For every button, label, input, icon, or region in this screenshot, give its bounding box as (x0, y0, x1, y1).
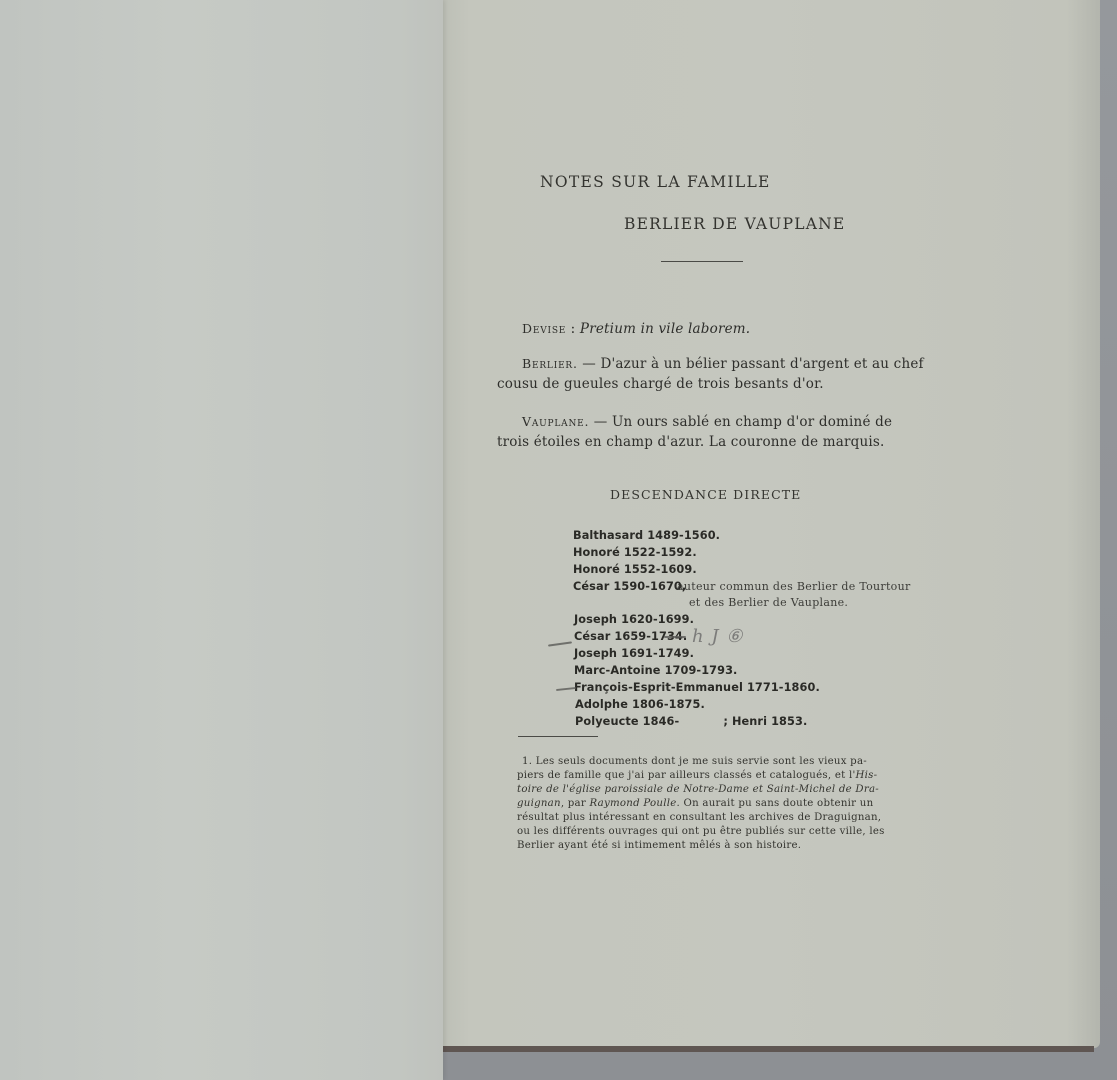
title-line-2: BERLIER DE VAUPLANE (624, 215, 845, 233)
footnote-divider (518, 736, 598, 737)
lineage-item: César 1590-1670, (573, 580, 686, 593)
footnote-text: . On aurait pu sans doute obtenir un (677, 798, 874, 809)
lineage-note-2: et des Berlier de Vauplane. (689, 596, 848, 609)
berlier-text-1: — D'azur à un bélier passant d'argent et… (578, 356, 924, 372)
footnote-text: , par (561, 798, 590, 809)
footnote-line: piers de famille que j'ai par ailleurs c… (517, 770, 877, 781)
lineage-extra: ; Henri 1853. (723, 715, 807, 728)
footnote-line: ou les différents ouvrages qui ont pu êt… (517, 826, 885, 837)
pencil-mark (664, 636, 686, 638)
lineage-name: Polyeucte 1846- (575, 715, 679, 728)
handwritten-annotation: h J ⑥ (692, 626, 743, 647)
lineage-item: Joseph 1620-1699. (574, 613, 694, 626)
footnote-text: piers de famille que j'ai par ailleurs c… (517, 770, 856, 781)
footnote-marker: 1. (522, 756, 532, 767)
page-edge-shadow (430, 1046, 1094, 1052)
vauplane-text-1: — Un ours sablé en champ d'or dominé de (589, 414, 892, 430)
footnote-line: guignan, par Raymond Poulle. On aurait p… (517, 798, 873, 809)
devise-line: Devise : Pretium in vile laborem. (522, 321, 750, 337)
footnote-italic: guignan (517, 798, 561, 809)
lineage-item: François-Esprit-Emmanuel 1771-1860. (574, 681, 820, 694)
devise-label: Devise (522, 321, 566, 336)
lineage-note-1: auteur commun des Berlier de Tourtour (677, 580, 911, 593)
vauplane-label: Vauplane. (522, 414, 589, 429)
right-page (430, 0, 1100, 1048)
devise-motto: Pretium in vile laborem. (580, 321, 750, 337)
lineage-item: Balthasard 1489-1560. (573, 529, 720, 542)
title-line-1: NOTES SUR LA FAMILLE (540, 173, 771, 191)
berlier-line-2: cousu de gueules chargé de trois besants… (497, 376, 824, 392)
lineage-item: Joseph 1691-1749. (574, 647, 694, 660)
vauplane-line-2: trois étoiles en champ d'azur. La couron… (497, 434, 885, 450)
devise-separator: : (566, 321, 580, 337)
left-page-blank (0, 0, 443, 1080)
footnote-italic: His- (856, 770, 878, 781)
lineage-item: Honoré 1552-1609. (573, 563, 697, 576)
footnote-line: 1. Les seuls documents dont je me suis s… (522, 756, 867, 767)
footnote-line: toire de l'église paroissiale de Notre-D… (517, 784, 879, 795)
berlier-line-1: Berlier. — D'azur à un bélier passant d'… (522, 356, 924, 372)
footnote-text: Les seuls documents dont je me suis serv… (532, 756, 867, 767)
lineage-item: Adolphe 1806-1875. (575, 698, 705, 711)
lineage-item: Honoré 1522-1592. (573, 546, 697, 559)
lineage-item: Marc-Antoine 1709-1793. (574, 664, 737, 677)
footnote-line: Berlier ayant été si intimement mêlés à … (517, 840, 801, 851)
title-divider (661, 261, 743, 262)
vauplane-line-1: Vauplane. — Un ours sablé en champ d'or … (522, 414, 892, 430)
section-heading: DESCENDANCE DIRECTE (610, 487, 801, 502)
footnote-line: résultat plus intéressant en consultant … (517, 812, 881, 823)
footnote-italic: Raymond Poulle (590, 798, 677, 809)
lineage-item: Polyeucte 1846-; Henri 1853. (575, 715, 807, 728)
berlier-label: Berlier. (522, 356, 578, 371)
